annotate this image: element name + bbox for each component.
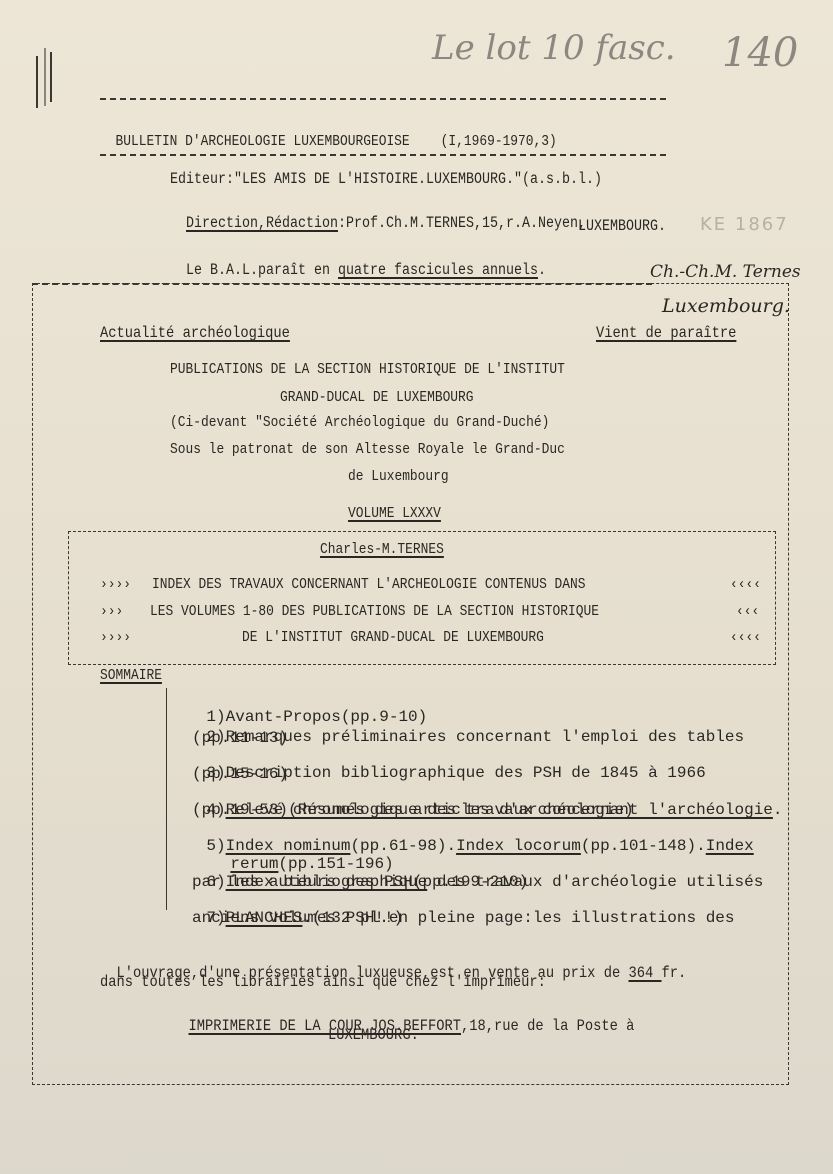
publisher-line: (Ci-devant "Société Archéologique du Gra… — [170, 414, 549, 431]
summary-item-continuation: (pp.15-16) — [192, 765, 288, 783]
chevrons-right: ‹‹‹‹ — [730, 629, 761, 646]
book-title-line: LES VOLUMES 1-80 DES PUBLICATIONS DE LA … — [150, 603, 599, 620]
item-text: Remarques préliminaires concernant l'emp… — [226, 728, 744, 746]
summary-item-continuation: anciens volumes PSH!!) — [192, 909, 403, 927]
frequency-prefix: Le B.A.L.paraît en — [186, 261, 338, 279]
chevrons-left: ››› — [100, 603, 123, 620]
bulletin-title: BULLETIN D'ARCHEOLOGIE LUXEMBOURGEOISE (… — [100, 116, 557, 150]
publisher-line: de Luxembourg — [348, 468, 449, 485]
editor-line: Editeur:"LES AMIS DE L'HISTOIRE.LUXEMBOU… — [170, 170, 602, 188]
frequency-line: Le B.A.L.paraît en quatre fascicules ann… — [170, 243, 546, 279]
item-text: (pp.101-148). — [581, 837, 706, 855]
publisher-line: Sous le patronat de son Altesse Royale l… — [170, 441, 565, 458]
header-rule-top — [100, 98, 666, 100]
price-currency: fr. — [661, 964, 686, 982]
printer-address: ,18,rue de la Poste à — [461, 1017, 634, 1035]
summary-item-continuation: par les auteurs des PSH(pp.199-210) — [192, 873, 528, 891]
printer-name: IMPRIMERIE DE LA COUR JOS.BEFFORT — [189, 1017, 461, 1035]
frequency-underlined: quatre fascicules annuels — [338, 261, 538, 279]
direction-city: LUXEMBOURG. — [578, 217, 666, 235]
summary-item-continuation: (pp.19-53)(Résumés des articles d'archéo… — [192, 801, 634, 819]
section-tag-actualite: Actualité archéologique — [100, 324, 290, 342]
chevrons-left: ›››› — [100, 629, 131, 646]
frequency-suffix: . — [538, 261, 546, 279]
item-text-underlined: Index — [706, 837, 754, 855]
book-title-line: INDEX DES TRAVAUX CONCERNANT L'ARCHEOLOG… — [152, 576, 586, 593]
publisher-line: GRAND-DUCAL DE LUXEMBOURG — [280, 389, 474, 406]
book-title-line: DE L'INSTITUT GRAND-DUCAL DE LUXEMBOURG — [242, 629, 544, 646]
chevrons-left: ›››› — [100, 576, 131, 593]
chevrons-right: ‹‹‹‹ — [730, 576, 761, 593]
direction-value: :Prof.Ch.M.TERNES,15,r.A.Neyen, — [338, 214, 586, 232]
item-text: . — [773, 801, 783, 819]
pencil-annotation-lot: Le lot 10 fasc. — [432, 28, 676, 68]
bulletin-name: BULLETIN D'ARCHEOLOGIE LUXEMBOURGEOISE — [115, 133, 409, 150]
publisher-line: PUBLICATIONS DE LA SECTION HISTORIQUE DE… — [170, 361, 565, 378]
item-text: Description bibliographique des PSH de 1… — [226, 764, 706, 782]
paper-clip-mark — [36, 48, 56, 110]
book-author: Charles-M.TERNES — [320, 541, 444, 558]
price-value: 364 — [628, 964, 661, 982]
direction-line: Direction,Rédaction:Prof.Ch.M.TERNES,15,… — [170, 196, 586, 232]
announcement-frame-top-rule — [32, 283, 652, 285]
sale-line-2: dans toutes les librairies ainsi que che… — [100, 973, 546, 991]
direction-label: Direction,Rédaction — [186, 214, 338, 232]
signature-name: Ch.-Ch.M. Ternes — [650, 262, 801, 282]
section-tag-vient-de-paraitre: Vient de paraître — [596, 324, 736, 342]
item-text-underlined: Index locorum — [456, 837, 581, 855]
printer-city: LUXEMBOURG. — [328, 1026, 419, 1044]
bulletin-issue: (I,1969-1970,3) — [441, 133, 557, 150]
summary-item-continuation: (pp.11-13) — [192, 729, 288, 747]
inventory-stamp: KE 1867 — [700, 214, 789, 235]
summary-heading: SOMMAIRE — [100, 667, 162, 684]
volume-number: VOLUME LXXXV — [348, 505, 441, 522]
summary-margin-bar — [166, 688, 167, 910]
header-rule-bottom — [100, 154, 666, 156]
chevrons-right: ‹‹‹ — [736, 603, 759, 620]
pencil-annotation-price: 140 — [722, 30, 798, 76]
